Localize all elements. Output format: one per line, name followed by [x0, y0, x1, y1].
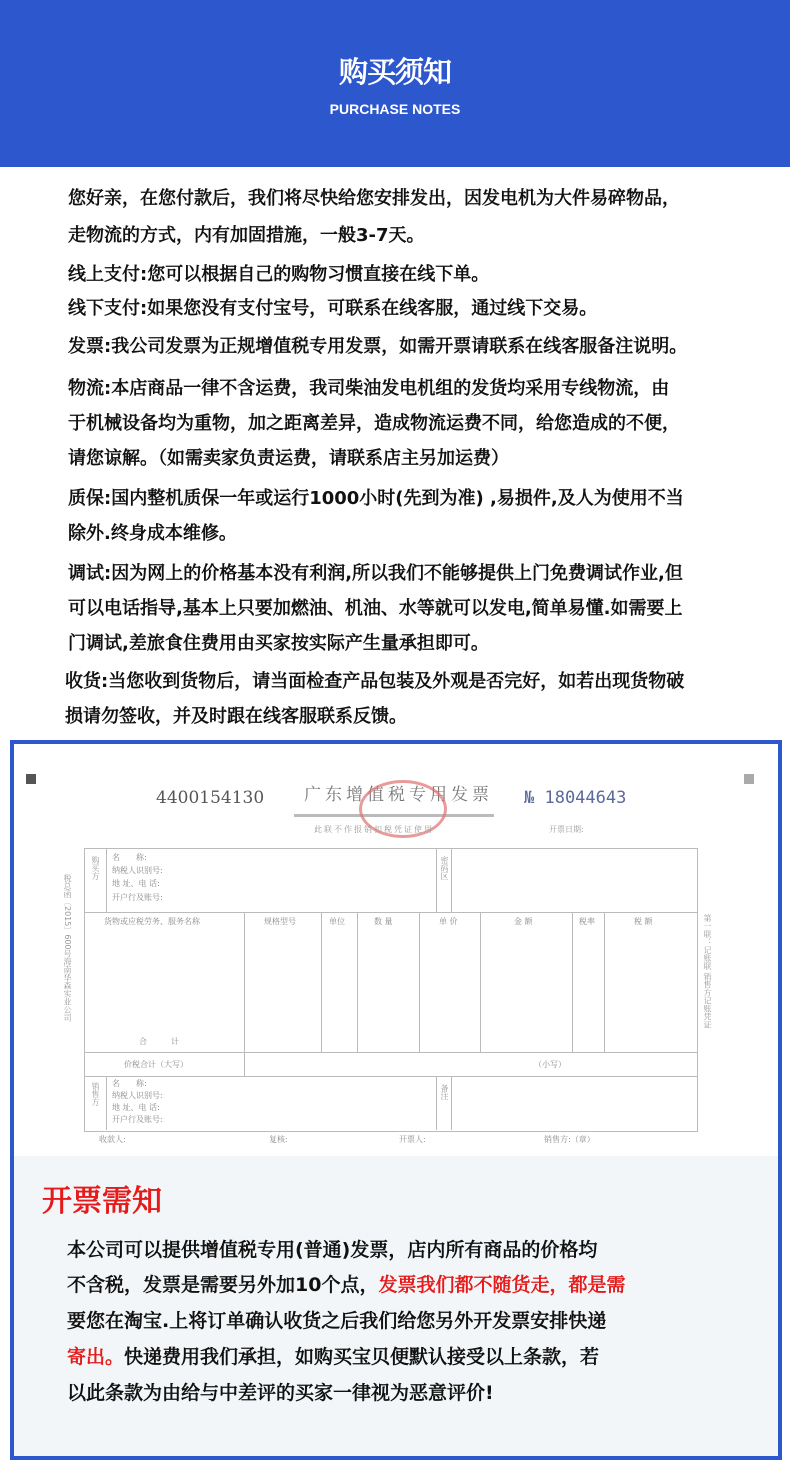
note-warranty-line1: 质保:国内整机质保一年或运行1000小时(先到为准) ,易损件,及人为使用不当 [68, 480, 748, 517]
invoice-number: № 18044643 [524, 788, 626, 808]
invoice-notice-heading: 开票需知 [42, 1176, 162, 1220]
note-shipping-line1: 您好亲，在您付款后，我们将尽快给您安排发出，因发电机为大件易碎物品， [68, 180, 748, 217]
invoice-frame: 4400154130 广东增值税专用发票 此联不作报销扣税凭证使用 № 1804… [10, 740, 782, 1460]
invoice-notice: 开票需知 本公司可以提供增值税专用(普通)发票，店内所有商品的价格均 不含税，发… [14, 1156, 778, 1456]
note-debug-line2: 可以电话指导,基本上只要加燃油、机油、水等就可以发电,简单易懂.如需要上 [68, 590, 748, 627]
note-debug-line1: 调试:因为网上的价格基本没有利润,所以我们不能够提供上门免费调试作业,但 [68, 555, 748, 592]
note-receipt-line1: 收货:当您收到货物后，请当面检查产品包装及外观是否完好，如若出现货物破 [65, 663, 745, 700]
page-title: 购买须知 [0, 50, 790, 91]
note-warranty-line2: 除外.终身成本维修。 [68, 515, 748, 552]
header-banner: 购买须知 PURCHASE NOTES [0, 0, 790, 167]
notice-line-5: 以此条款为由给与中差评的买家一律视为恶意评价! [67, 1372, 494, 1414]
page-subtitle: PURCHASE NOTES [0, 101, 790, 117]
note-invoice: 发票:我公司发票为正规增值税专用发票，如需开票请联系在线客服备注说明。 [68, 328, 748, 365]
note-offline-pay: 线下支付:如果您没有支付宝号，可联系在线客服，通过线下交易。 [68, 290, 748, 327]
side-note: 第一联：记账联 销售方记账凭证 [702, 914, 713, 1054]
invoice-subtitle: 此联不作报销扣税凭证使用 [314, 824, 434, 835]
buyer-label: 购买方 [90, 856, 101, 880]
invoice-date-label: 开票日期: [549, 824, 584, 835]
corner-mark-icon [26, 774, 36, 784]
note-logistics-line3: 请您谅解。（如需卖家负责运费，请联系店主另加运费） [68, 440, 748, 477]
note-receipt-line2: 损请勿签收，并及时跟在线客服联系反馈。 [65, 698, 745, 735]
left-note: 税总函〔2015〕600号海南华森实业公司 [62, 874, 73, 1124]
invoice-table [84, 848, 698, 1132]
note-debug-line3: 门调试,差旅食住费用由买家按实际产生量承担即可。 [68, 625, 748, 662]
remark-label: 备注 [439, 1084, 450, 1100]
invoice-code: 4400154130 [156, 788, 264, 808]
password-area-label: 密码区 [439, 856, 450, 880]
note-logistics-line2: 于机械设备均为重物，加之距离差异，造成物流运费不同，给您造成的不便， [68, 405, 748, 442]
note-logistics-line1: 物流:本店商品一律不含运费，我司柴油发电机组的发货均采用专线物流，由 [68, 370, 748, 407]
seller-label: 销售方 [90, 1082, 101, 1106]
invoice-image: 4400154130 广东增值税专用发票 此联不作报销扣税凭证使用 № 1804… [14, 744, 778, 1156]
note-online-pay: 线上支付:您可以根据自己的购物习惯直接在线下单。 [68, 256, 748, 293]
note-shipping-line2: 走物流的方式，内有加固措施，一般3-7天。 [68, 217, 748, 254]
corner-mark-icon [744, 774, 754, 784]
